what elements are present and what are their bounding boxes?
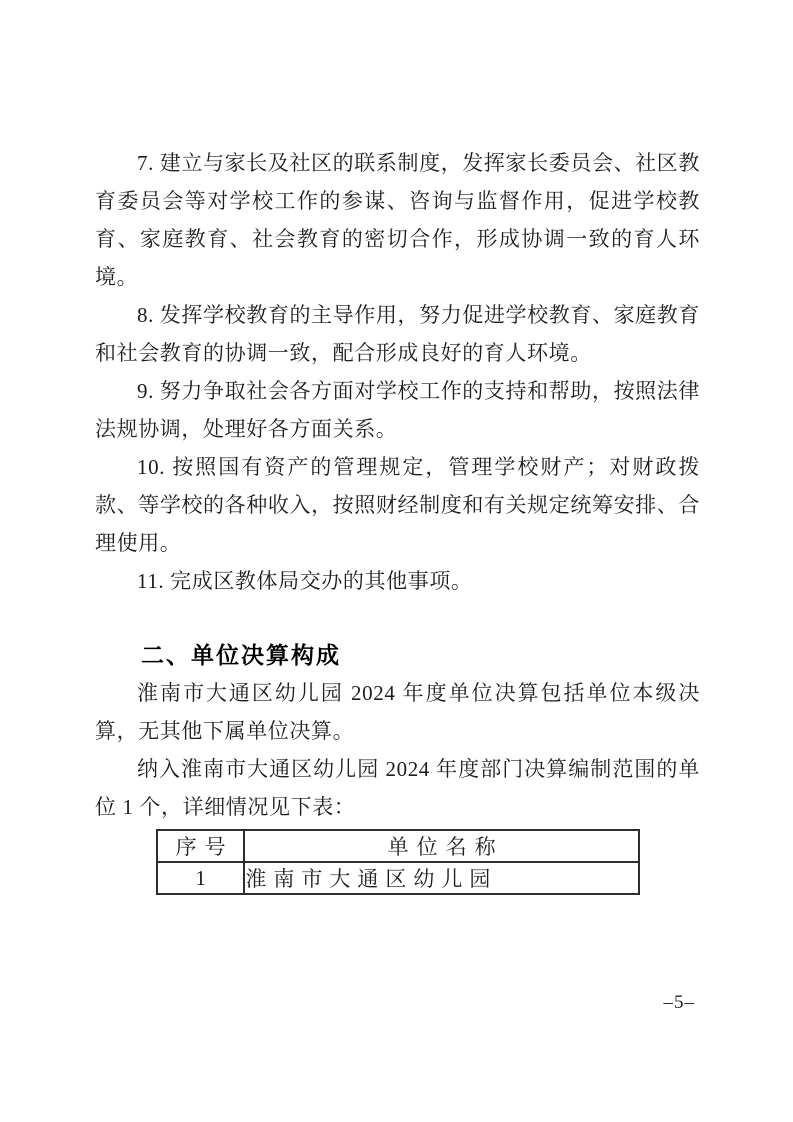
section-paragraph-2: 纳入淮南市大通区幼儿园 2024 年度部门决算编制范围的单位 1 个，详细情况见…: [95, 750, 700, 826]
paragraph-item-8: 8. 发挥学校教育的主导作用，努力促进学校教育、家庭教育和社会教育的协调一致，配…: [95, 296, 700, 372]
table-header-unit-name: 单位名称: [244, 830, 639, 862]
paragraph-item-9: 9. 努力争取社会各方面对学校工作的支持和帮助，按照法律法规协调，处理好各方面关…: [95, 372, 700, 448]
table-row: 1 淮南市大通区幼儿园: [157, 862, 639, 894]
unit-table-head: 序号 单位名称: [157, 830, 639, 862]
document-content: 7. 建立与家长及社区的联系制度，发挥家长委员会、社区教育委员会等对学校工作的参…: [95, 144, 700, 895]
paragraph-item-10: 10. 按照国有资产的管理规定，管理学校财产；对财政拨款、等学校的各种收入，按照…: [95, 448, 700, 562]
paragraph-item-7: 7. 建立与家长及社区的联系制度，发挥家长委员会、社区教育委员会等对学校工作的参…: [95, 144, 700, 296]
paragraph-item-11: 11. 完成区教体局交办的其他事项。: [95, 562, 700, 600]
page-number: –5–: [664, 992, 696, 1014]
section-paragraph-1: 淮南市大通区幼儿园 2024 年度单位决算包括单位本级决算，无其他下属单位决算。: [95, 674, 700, 750]
unit-table-header-row: 序号 单位名称: [157, 830, 639, 862]
table-header-index: 序号: [157, 830, 244, 862]
table-cell-unit-name: 淮南市大通区幼儿园: [244, 862, 639, 894]
table-cell-index: 1: [157, 862, 244, 894]
document-page: 7. 建立与家长及社区的联系制度，发挥家长委员会、社区教育委员会等对学校工作的参…: [0, 0, 793, 1122]
section-heading: 二、单位决算构成: [95, 636, 700, 674]
unit-table: 序号 单位名称 1 淮南市大通区幼儿园: [156, 829, 640, 895]
unit-table-body: 1 淮南市大通区幼儿园: [157, 862, 639, 894]
